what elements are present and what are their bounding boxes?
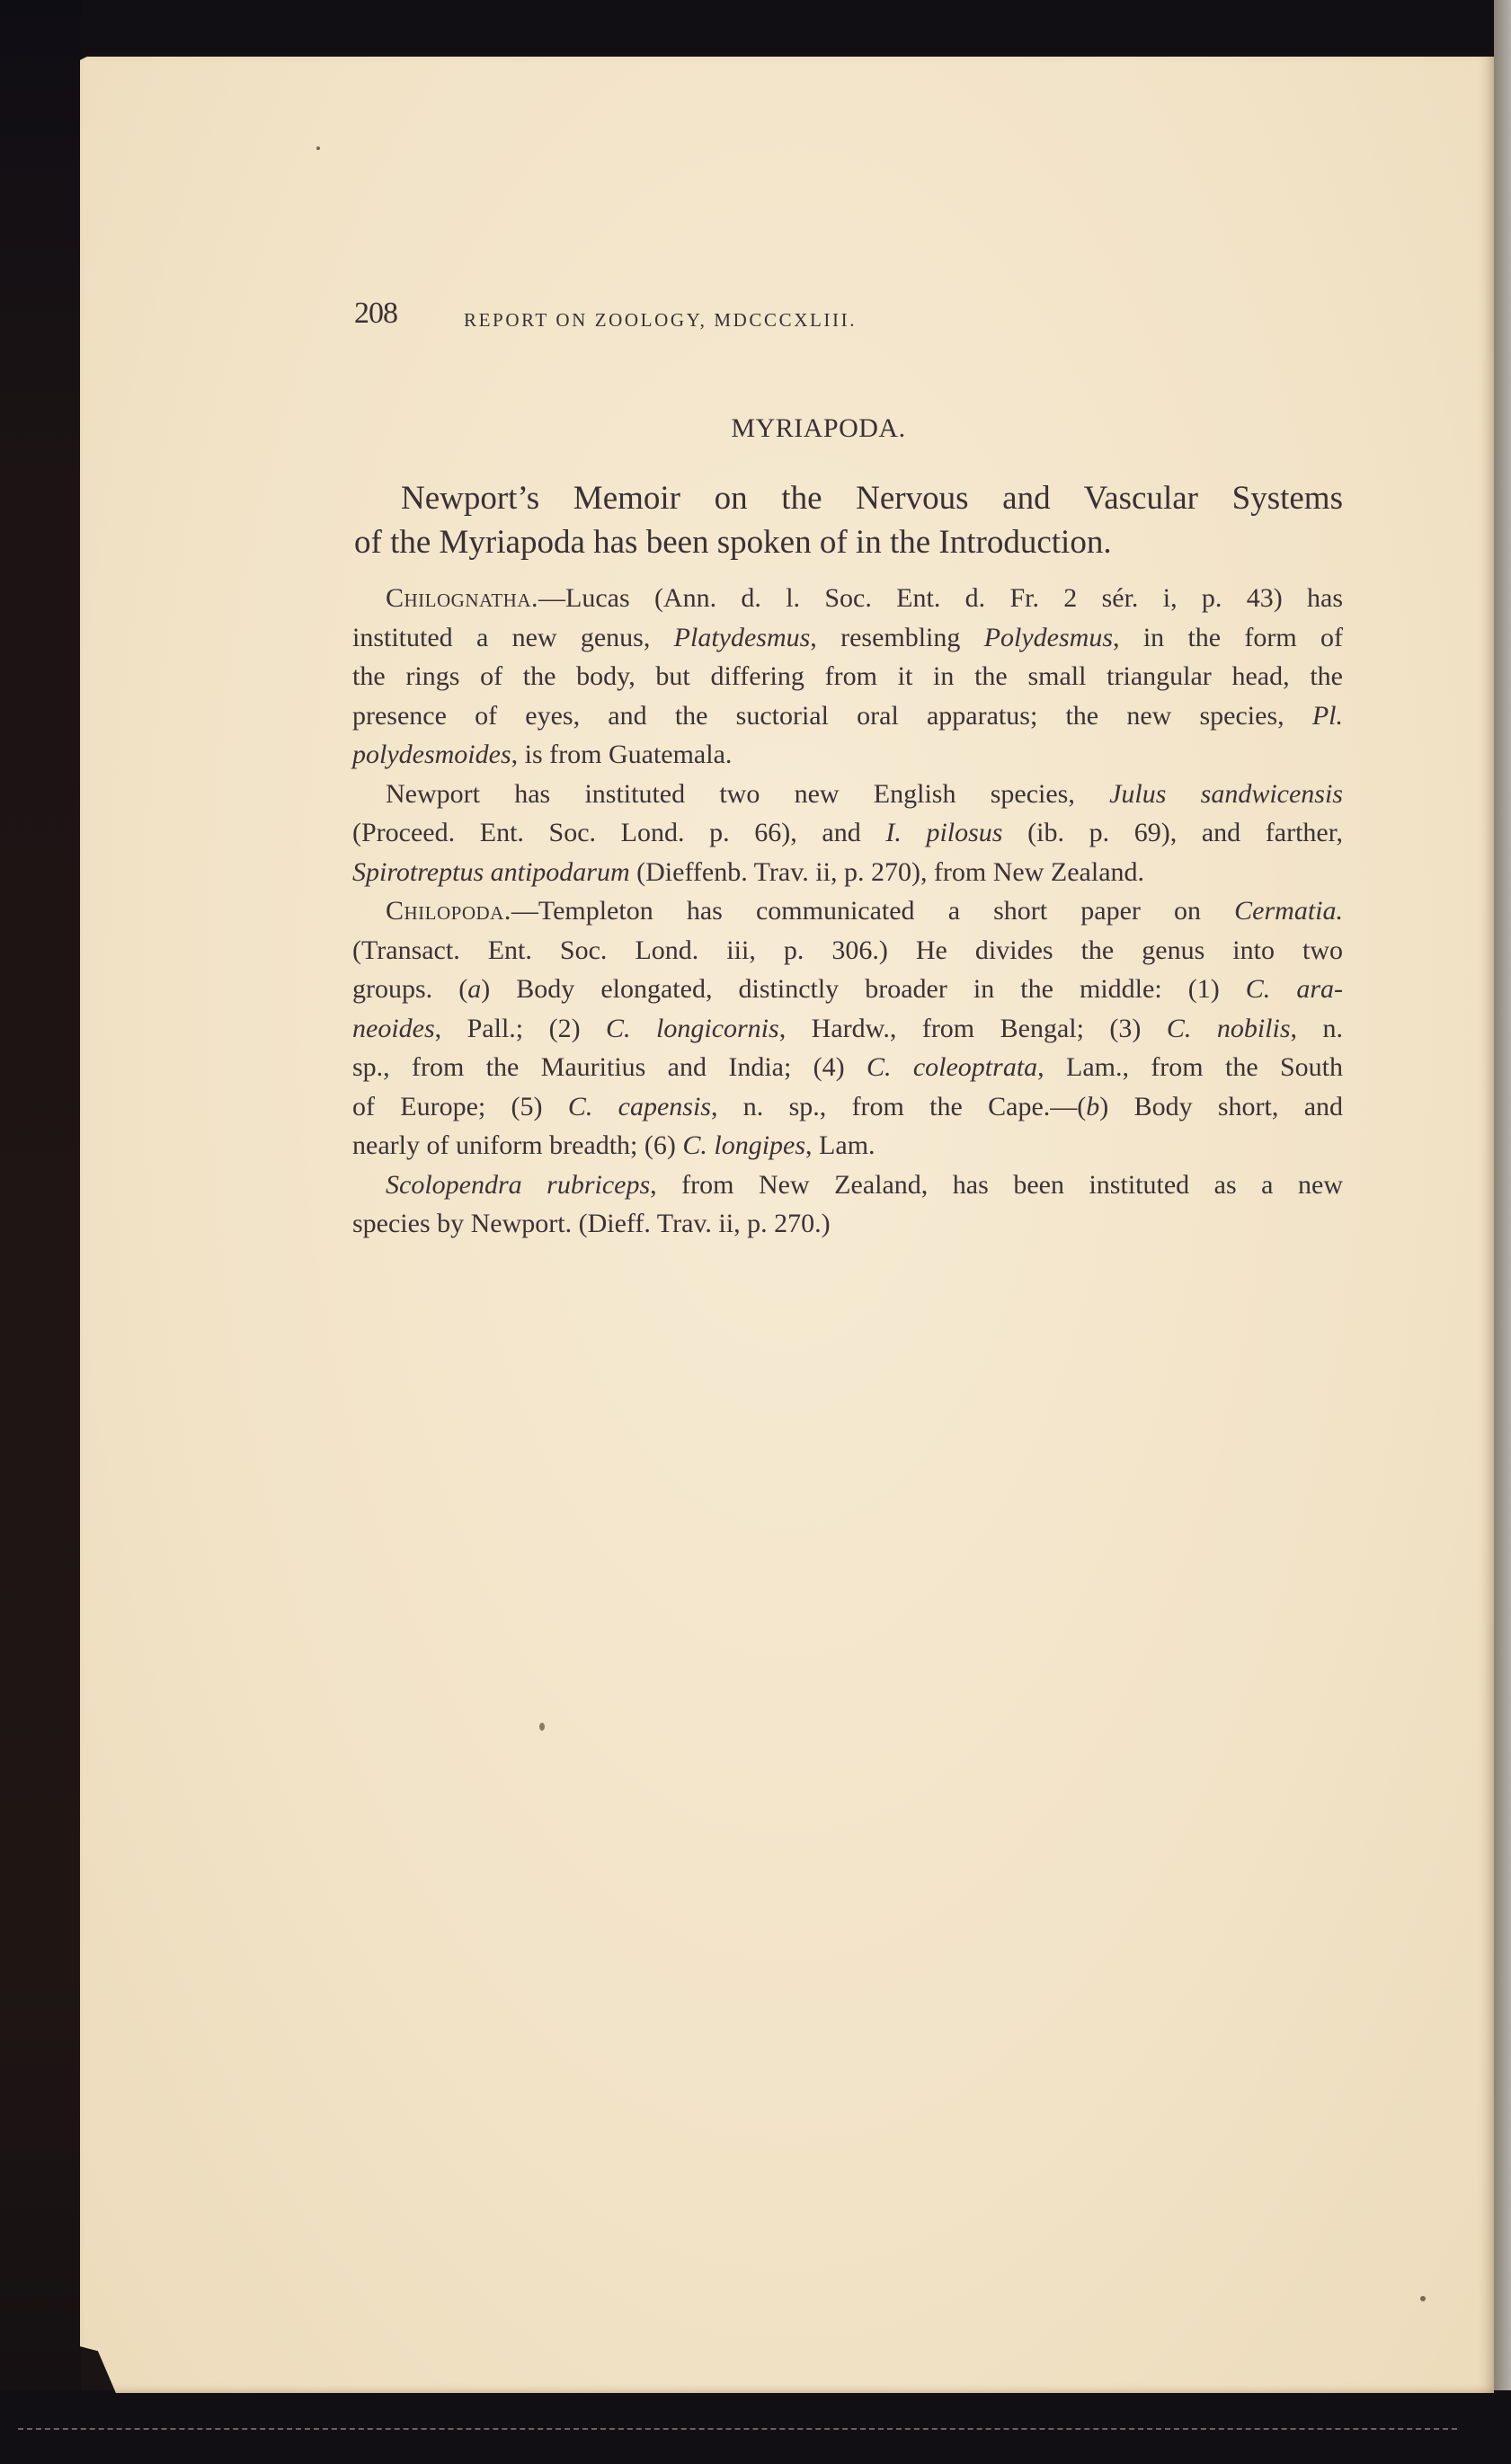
paragraph-chilopoda-line: (Transact. Ent. Soc. Lond. iii, p. 306.)…: [352, 931, 1343, 971]
text-run: ) Body elongated, distinctly broader in …: [481, 974, 1246, 1004]
paper-speck: [1420, 2296, 1426, 2301]
text-run: Newport has instituted two new English s…: [386, 779, 1109, 809]
species-name: C. coleoptrata: [867, 1052, 1037, 1082]
text-run: presence of eyes, and the suctorial oral…: [352, 701, 1312, 731]
text-run: , resembling: [810, 623, 983, 652]
species-name: Pl.: [1312, 701, 1343, 731]
scan-background-bottom: [0, 2390, 1511, 2464]
species-name: Scolopendra rubriceps: [386, 1170, 650, 1200]
species-name: C. nobilis: [1167, 1014, 1291, 1043]
text-run: nearly of uniform breadth; (6): [352, 1130, 682, 1160]
text-run: , Lam., from the South: [1037, 1052, 1343, 1082]
species-name: Julus sandwicensis: [1109, 779, 1343, 809]
text-run: of Europe; (5): [352, 1092, 568, 1121]
text-run: , Lam.: [805, 1130, 875, 1160]
genus-name: Polydesmus: [984, 623, 1113, 652]
paragraph-newport-line: (Proceed. Ent. Soc. Lond. p. 66), and I.…: [352, 813, 1343, 853]
text-run: instituted a new genus,: [352, 623, 674, 652]
text-run: , Pall.; (2): [435, 1014, 606, 1043]
section-title: MYRIAPODA.: [0, 413, 1511, 444]
paragraph-scolopendra-line: species by Newport. (Dieff. Trav. ii, p.…: [352, 1204, 1343, 1244]
stitch-line: [18, 2428, 1457, 2430]
running-head-title: REPORT ON ZOOLOGY, MDCCCXLIII.: [464, 309, 857, 332]
paragraph-chilopoda-line: sp., from the Mauritius and India; (4) C…: [352, 1048, 1343, 1087]
text-run: , in the form of: [1113, 623, 1343, 652]
text-run: (Proceed. Ent. Soc. Lond. p. 66), and: [352, 818, 885, 847]
genus-name: Platydesmus: [674, 623, 811, 652]
species-name: polydesmoides: [352, 740, 511, 769]
scan-background-left: [0, 0, 81, 2464]
text-run: , from New Zealand, has been instituted …: [650, 1170, 1343, 1200]
paper-speck: [316, 146, 320, 150]
subsection-heading-chilopoda: Chilopoda.: [386, 896, 511, 926]
species-name: C. capensis: [568, 1092, 711, 1121]
text-run: , is from Guatemala.: [511, 740, 733, 769]
paragraph-chilognatha-line: Chilognatha.—Lucas (Ann. d. l. Soc. Ent.…: [352, 579, 1343, 618]
text-run: sp., from the Mauritius and India; (4): [352, 1052, 867, 1082]
paragraph-chilopoda-line: of Europe; (5) C. capensis, n. sp., from…: [352, 1087, 1343, 1127]
paragraph-newport-line: Spirotreptus antipodarum (Dieffenb. Trav…: [352, 853, 1343, 892]
text-run: —Templeton has communicated a short pape…: [511, 896, 1234, 926]
intro-line: Newport’s Memoir on the Nervous and Vasc…: [354, 476, 1343, 520]
intro-line: of the Myriapoda has been spoken of in t…: [354, 520, 1343, 564]
paragraph-chilognatha-line: polydesmoides, is from Guatemala.: [352, 735, 1343, 775]
paragraph-scolopendra-line: Scolopendra rubriceps, from New Zealand,…: [352, 1166, 1343, 1205]
paragraph-newport-line: Newport has instituted two new English s…: [352, 775, 1343, 814]
text-run: groups. (: [352, 974, 467, 1004]
paragraph-chilopoda-line: groups. (a) Body elongated, distinctly b…: [352, 970, 1343, 1009]
body-text: Chilognatha.—Lucas (Ann. d. l. Soc. Ent.…: [352, 579, 1343, 1244]
text-run: , n.: [1291, 1014, 1343, 1043]
species-name: C. ara-: [1246, 974, 1343, 1004]
paragraph-chilopoda-line: Chilopoda.—Templeton has communicated a …: [352, 891, 1343, 931]
text-run: , Hardw., from Bengal; (3): [779, 1014, 1167, 1043]
text-run: ) Body short, and: [1099, 1092, 1343, 1121]
paragraph-chilognatha-line: instituted a new genus, Platydesmus, res…: [352, 618, 1343, 658]
section-title-text: MYRIAPODA.: [731, 413, 905, 444]
paragraph-chilognatha-line: the rings of the body, but differing fro…: [352, 657, 1343, 696]
paragraph-chilopoda-line: nearly of uniform breadth; (6) C. longip…: [352, 1126, 1343, 1166]
paper-speck: [539, 1723, 545, 1731]
intro-paragraph: Newport’s Memoir on the Nervous and Vasc…: [354, 476, 1343, 564]
species-name: I. pilosus: [885, 818, 1002, 847]
species-name: Spirotreptus antipodarum: [352, 857, 630, 887]
text-run: , n. sp., from the Cape.—(: [711, 1092, 1086, 1121]
text-run: (ib. p. 69), and farther,: [1002, 818, 1343, 847]
scan-background-top: [0, 0, 1511, 58]
running-head: 208 REPORT ON ZOOLOGY, MDCCCXLIII.: [354, 297, 1343, 332]
scan-book-edge: [1494, 0, 1511, 2464]
group-label: a: [467, 974, 481, 1004]
text-run: (Dieffenb. Trav. ii, p. 270), from New Z…: [630, 857, 1144, 887]
species-name: C. longicornis: [606, 1014, 779, 1043]
species-name: C. longipes: [682, 1130, 805, 1160]
species-name: neoides: [352, 1014, 435, 1043]
subsection-heading-chilognatha: Chilognatha.: [386, 583, 538, 613]
paragraph-chilopoda-line: neoides, Pall.; (2) C. longicornis, Hard…: [352, 1009, 1343, 1049]
text-run: —Lucas (Ann. d. l. Soc. Ent. d. Fr. 2 sé…: [538, 583, 1343, 613]
paragraph-chilognatha-line: presence of eyes, and the suctorial oral…: [352, 696, 1343, 736]
genus-name: Cermatia.: [1234, 896, 1343, 926]
group-label: b: [1086, 1092, 1099, 1121]
page-number: 208: [354, 297, 397, 331]
